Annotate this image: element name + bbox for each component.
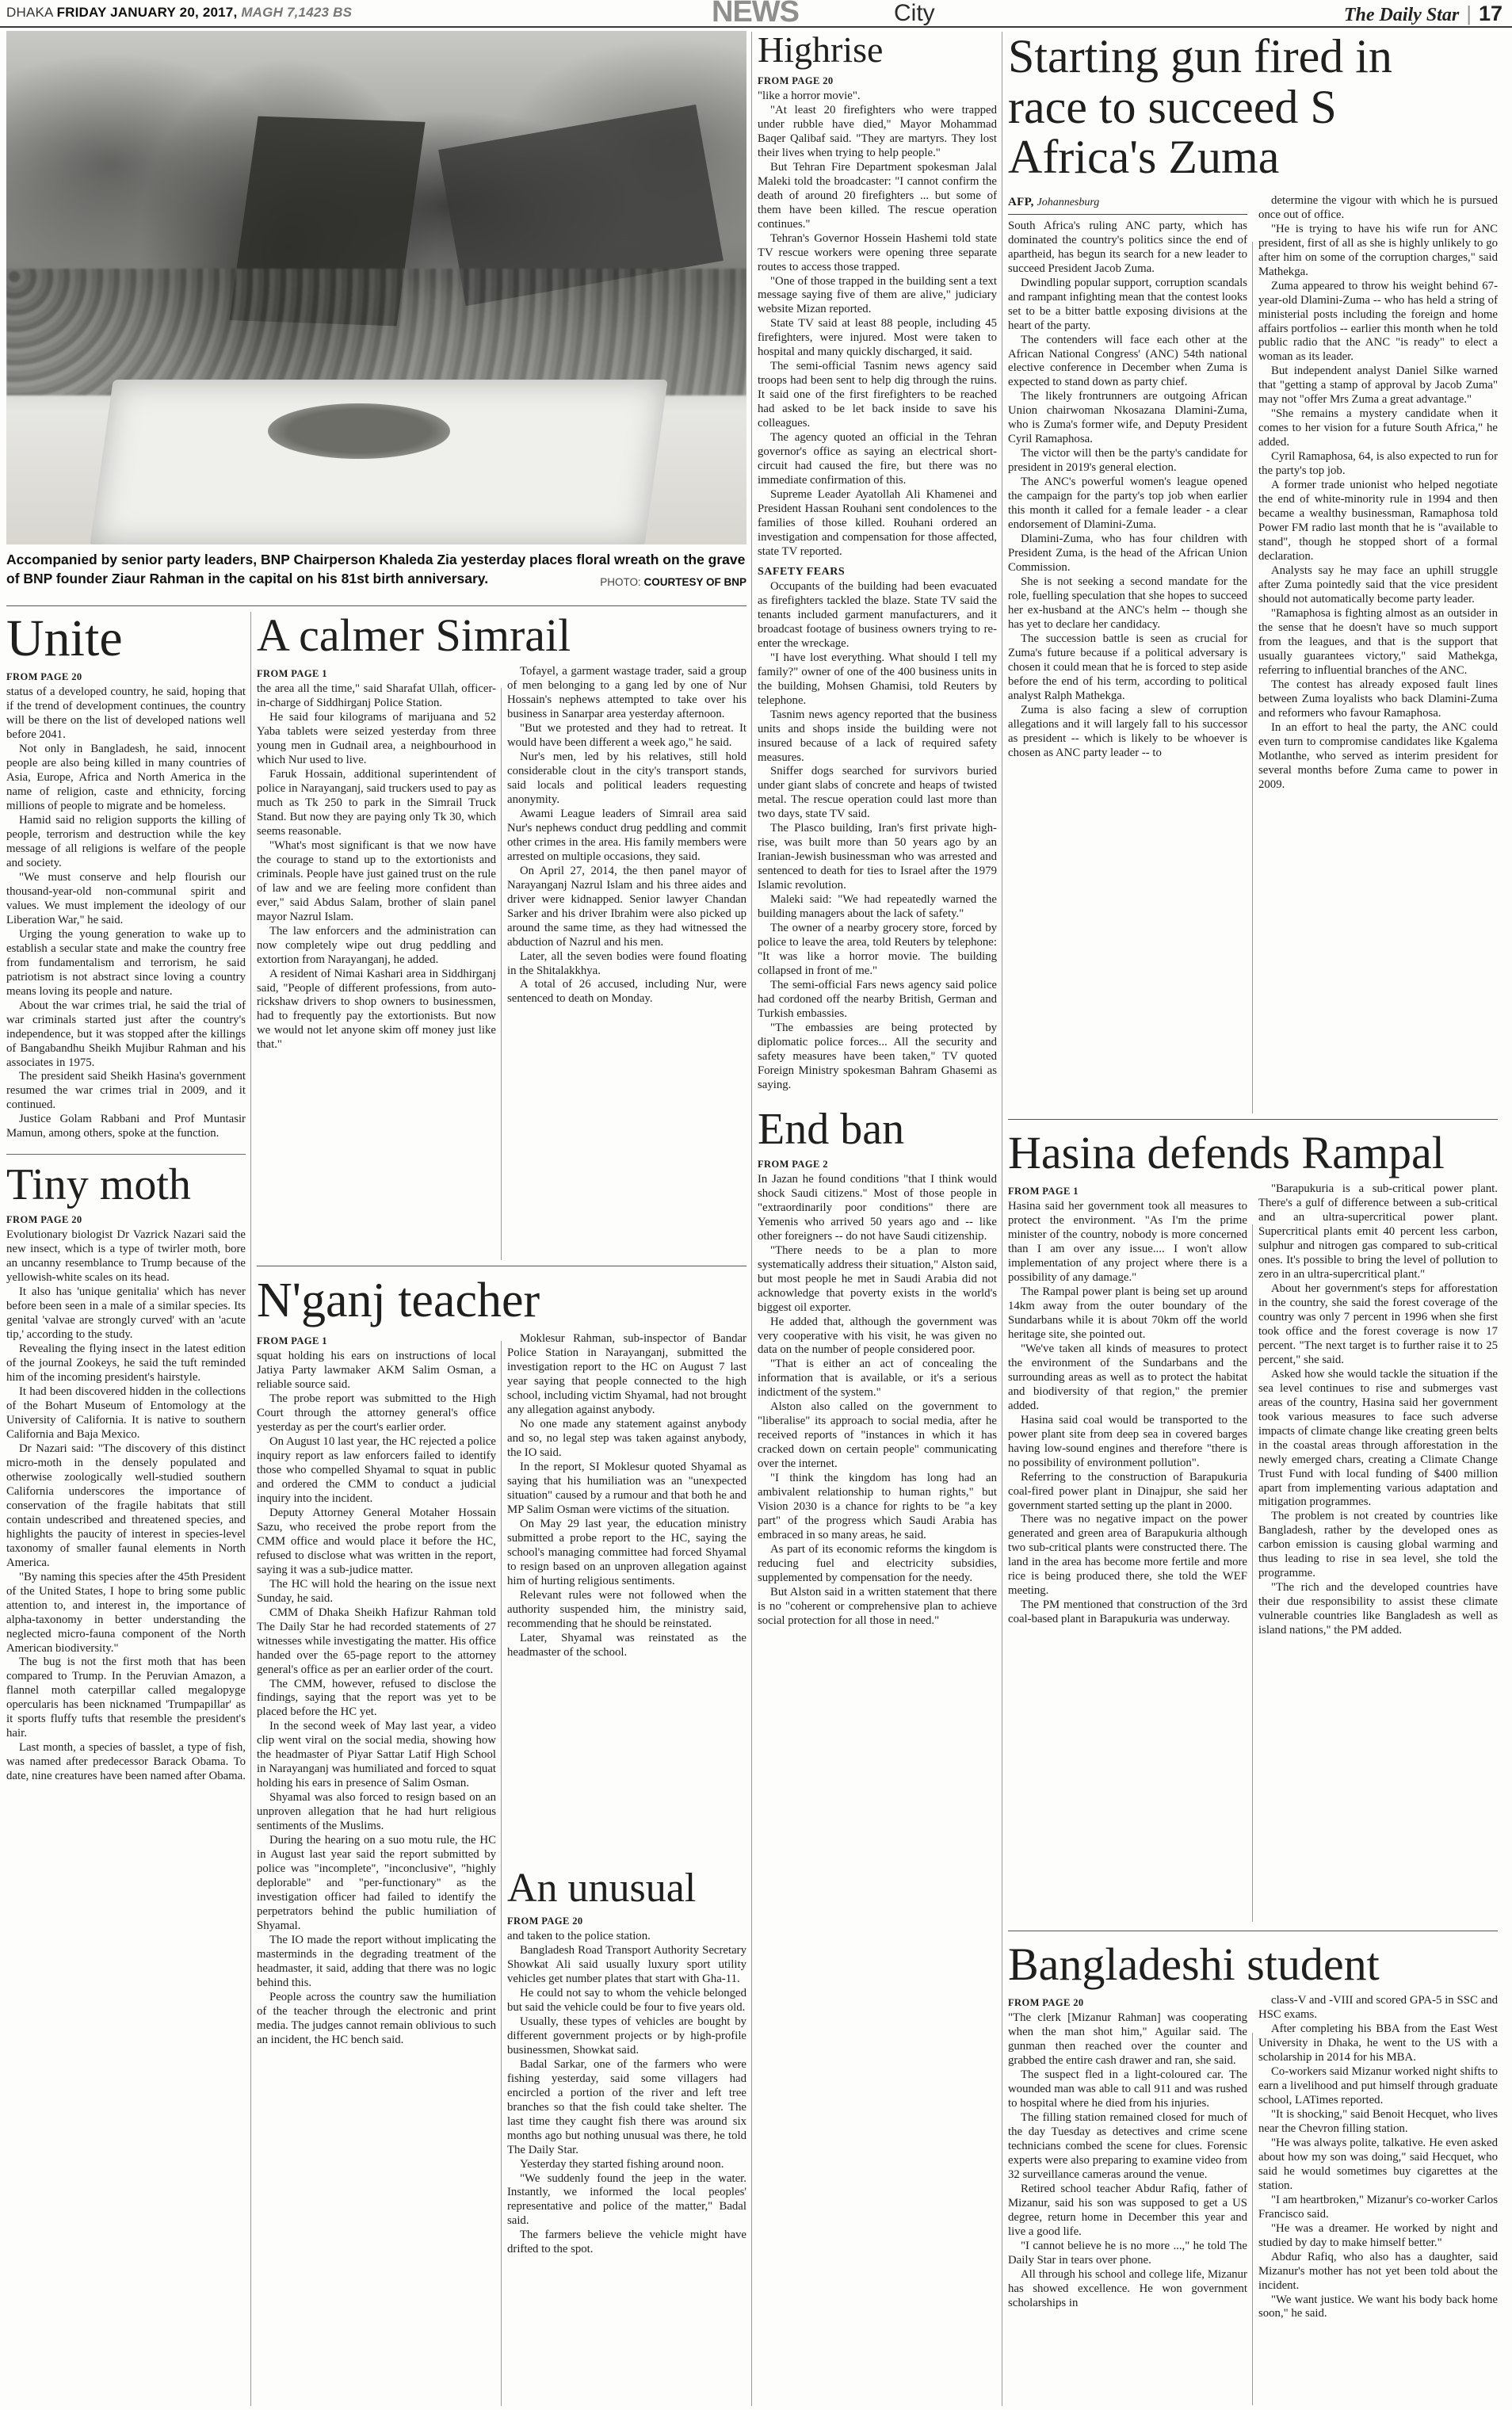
section-rule — [6, 1154, 246, 1155]
paragraph: Zuma is also facing a slew of corruption… — [1008, 704, 1247, 761]
article-column: FROM PAGE 1 squat holding his ears on in… — [257, 1332, 496, 2047]
article-body: In Jazan he found conditions "that I thi… — [758, 1173, 997, 1629]
paragraph: Evolutionary biologist Dr Vazrick Nazari… — [6, 1228, 246, 1285]
paragraph: Badal Sarkar, one of the farmers who wer… — [507, 2058, 746, 2158]
paragraph: Revealing the flying insect in the lates… — [6, 1342, 246, 1385]
paragraph: Retired school teacher Abdur Rafiq, fath… — [1008, 2183, 1247, 2240]
byline-agency: AFP, — [1008, 196, 1034, 208]
photo-credit-label: PHOTO: — [600, 576, 641, 588]
section-watermark: NEWS — [712, 0, 799, 29]
paragraph: squat holding his ears on instructions o… — [257, 1350, 496, 1392]
headline-nganj: N'ganj teacher — [257, 1276, 746, 1326]
paper-brand: The Daily Star | 17 — [1344, 2, 1502, 26]
from-page-tag: FROM PAGE 20 — [1008, 1997, 1247, 2009]
paragraph: He added that, although the government w… — [758, 1316, 997, 1358]
paragraph: She is not seeking a second mandate for … — [1008, 575, 1247, 632]
paragraph: The contest has already exposed fault li… — [1258, 678, 1498, 721]
paragraph: Occupants of the building had been evacu… — [758, 580, 997, 651]
paragraph: Shyamal was also forced to resign based … — [257, 1791, 496, 1834]
paragraph: The IO made the report without implicati… — [257, 1934, 496, 1991]
article-body: Moklesur Rahman, sub-inspector of Bandar… — [507, 1332, 746, 1660]
paragraph: It had been discovered hidden in the col… — [6, 1385, 246, 1442]
paragraph: On April 27, 2014, the then panel mayor … — [507, 865, 746, 950]
paragraph: Relevant rules were not followed when th… — [507, 1589, 746, 1632]
article-simrail: A calmer Simrail FROM PAGE 1 the area al… — [257, 612, 746, 1052]
photo — [6, 31, 746, 544]
headline-tiny-moth: Tiny moth — [6, 1163, 246, 1208]
photo-caption-block: Accompanied by senior party leaders, BNP… — [6, 550, 746, 588]
headline-student: Bangladeshi student — [1008, 1941, 1498, 1988]
column-rule — [501, 688, 502, 1260]
paragraph: The CMM, however, refused to disclose th… — [257, 1678, 496, 1721]
paragraph: Later, Shyamal was reinstated as the hea… — [507, 1632, 746, 1660]
article-body: and taken to the police station.Banglade… — [507, 1930, 746, 2257]
paragraph: About her government's steps for affores… — [1258, 1282, 1498, 1368]
article-body: status of a developed country, he said, … — [6, 686, 246, 1141]
paragraph: "I think the kingdom has long had an amb… — [758, 1472, 997, 1543]
paragraph: "One of those trapped in the building se… — [758, 275, 997, 318]
paragraph: Tehran's Governor Hossein Hashemi told s… — [758, 232, 997, 275]
article-body: Occupants of the building had been evacu… — [758, 580, 997, 1093]
paragraph: "Ramaphosa is fighting almost as an outs… — [1258, 607, 1498, 678]
paragraph: "We must conserve and help flourish our … — [6, 871, 246, 928]
paragraph: The Plasco building, Iran's first privat… — [758, 822, 997, 893]
paragraph: A resident of Nimai Kashari area in Sidd… — [257, 968, 496, 1053]
column-highrise-endban: Highrise FROM PAGE 20 "like a horror mov… — [758, 32, 997, 2405]
paragraph: "I have lost everything. What should I t… — [758, 651, 997, 708]
article-column: AFP, Johannesburg South Africa's ruling … — [1008, 194, 1247, 793]
paragraph: Referring to the construction of Barapuk… — [1008, 1471, 1247, 1514]
headline-zuma: Starting gun fired in race to succeed S … — [1008, 32, 1452, 183]
article-zuma: Starting gun fired in race to succeed S … — [1008, 32, 1498, 792]
paragraph: In an effort to heal the party, the ANC … — [1258, 721, 1498, 793]
article-column: determine the vigour with which he is pu… — [1258, 194, 1498, 793]
paragraph: Analysts say he may face an uphill strug… — [1258, 564, 1498, 607]
paragraph: Tasnim news agency reported that the bus… — [758, 708, 997, 766]
paragraph: Last month, a species of basslet, a type… — [6, 1741, 246, 1784]
paragraph: All through his school and college life,… — [1008, 2268, 1247, 2311]
paragraph: "We've taken all kinds of measures to pr… — [1008, 1342, 1247, 1414]
paragraph: Yesterday they started fishing around no… — [507, 2158, 746, 2172]
paragraph: "But we protested and they had to retrea… — [507, 722, 746, 750]
article-body: the area all the time," said Sharafat Ul… — [257, 682, 496, 1052]
paragraph: During the hearing on a suo motu rule, t… — [257, 1834, 496, 1934]
paragraph: "I cannot believe he is no more ...," he… — [1008, 2240, 1247, 2268]
article-unite: Unite FROM PAGE 20 status of a developed… — [6, 612, 246, 1784]
headline-an-unusual: An unusual — [507, 1867, 746, 1909]
paragraph: "At least 20 firefighters who were trapp… — [758, 104, 997, 161]
caption-rule — [6, 605, 746, 606]
paragraph: The filling station remained closed for … — [1008, 2111, 1247, 2183]
paragraph: It also has 'unique genitalia' which has… — [6, 1285, 246, 1342]
article-body: class-V and -VIII and scored GPA-5 in SS… — [1258, 1994, 1498, 2321]
paragraph: The semi-official Tasnim news agency sai… — [758, 360, 997, 431]
headline-simrail: A calmer Simrail — [257, 612, 746, 659]
paragraph: "Barapukuria is a sub-critical power pla… — [1258, 1182, 1498, 1282]
paragraph: Moklesur Rahman, sub-inspector of Bandar… — [507, 1332, 746, 1418]
from-page-tag: FROM PAGE 20 — [6, 1214, 246, 1226]
paragraph: The contenders will face each other at t… — [1008, 334, 1247, 391]
paragraph: Co-workers said Mizanur worked night shi… — [1258, 2065, 1498, 2108]
headline-unite: Unite — [6, 612, 246, 665]
paragraph: "We suddenly found the jeep in the water… — [507, 2172, 746, 2229]
article-body: determine the vigour with which he is pu… — [1258, 194, 1498, 793]
photo-credit-value: COURTESY OF BNP — [643, 576, 746, 588]
paragraph: The succession battle is seen as crucial… — [1008, 632, 1247, 704]
article-body: South Africa's ruling ANC party, which h… — [1008, 220, 1247, 761]
paragraph: Hamid said no religion supports the kill… — [6, 814, 246, 871]
paragraph: Abdur Rafiq, who also has a daughter, sa… — [1258, 2251, 1498, 2294]
paragraph: Cyril Ramaphosa, 64, is also expected to… — [1258, 450, 1498, 479]
paragraph: Dr Nazari said: "The discovery of this d… — [6, 1442, 246, 1571]
paragraph: Sniffer dogs searched for survivors buri… — [758, 765, 997, 822]
paragraph: "I am heartbroken," Mizanur's co-worker … — [1258, 2194, 1498, 2222]
paragraph: "The clerk [Mizanur Rahman] was cooperat… — [1008, 2011, 1247, 2068]
article-column: Tofayel, a garment wastage trader, said … — [507, 665, 746, 1052]
article-bangladeshi-student: Bangladeshi student FROM PAGE 20 "The cl… — [1008, 1931, 1498, 2410]
paragraph: Faruk Hossain, additional superintendent… — [257, 768, 496, 839]
paragraph: class-V and -VIII and scored GPA-5 in SS… — [1258, 1994, 1498, 2022]
byline-place: Johannesburg — [1037, 197, 1099, 208]
paragraph: "By naming this species after the 45th P… — [6, 1571, 246, 1656]
article-column: class-V and -VIII and scored GPA-5 in SS… — [1258, 1994, 1498, 2321]
paragraph: The likely frontrunners are outgoing Afr… — [1008, 390, 1247, 447]
paragraph: Alston also called on the government to … — [758, 1400, 997, 1472]
paragraph: On August 10 last year, the HC rejected … — [257, 1435, 496, 1507]
dateline-date: FRIDAY JANUARY 20, 2017, — [57, 5, 238, 20]
paragraph: "He is trying to have his wife run for A… — [1258, 223, 1498, 280]
article-column: FROM PAGE 20 "The clerk [Mizanur Rahman]… — [1008, 1994, 1247, 2321]
dateline: DHAKA FRIDAY JANUARY 20, 2017, MAGH 7,14… — [6, 5, 352, 21]
paragraph: Deputy Attorney General Motaher Hossain … — [257, 1507, 496, 1578]
paragraph: The law enforcers and the administration… — [257, 925, 496, 968]
paragraph: In the report, SI Moklesur quoted Shyama… — [507, 1461, 746, 1518]
paragraph: Hasina said coal would be transported to… — [1008, 1414, 1247, 1471]
paper-logo: The Daily Star — [1344, 5, 1459, 26]
page-number: 17 — [1479, 2, 1502, 26]
paragraph: "She remains a mystery candidate when it… — [1258, 407, 1498, 450]
subheading-safety-fears: SAFETY FEARS — [758, 566, 997, 579]
paragraph: The Rampal power plant is being set up a… — [1008, 1285, 1247, 1342]
paragraph: "He was always polite, talkative. He eve… — [1258, 2137, 1498, 2194]
paragraph: The president said Sheikh Hasina's gover… — [6, 1070, 246, 1113]
from-page-tag: FROM PAGE 1 — [257, 1335, 496, 1347]
column-rule — [1252, 2033, 1253, 2405]
column-rule — [1002, 32, 1002, 2406]
column-rule — [751, 32, 752, 2406]
photo-credit: PHOTO: COURTESY OF BNP — [600, 576, 746, 588]
paragraph: The ANC's powerful women's league opened… — [1008, 476, 1247, 533]
paragraph: Dlamini-Zuma, who has four children with… — [1008, 533, 1247, 575]
dateline-calendar: MAGH 7,1423 BS — [241, 5, 352, 20]
paragraph: A total of 26 accused, including Nur, we… — [507, 978, 746, 1006]
paragraph: Justice Golam Rabbani and Prof Muntasir … — [6, 1113, 246, 1141]
paragraph: The agency quoted an official in the Teh… — [758, 431, 997, 488]
paragraph: After completing his BBA from the East W… — [1258, 2022, 1498, 2065]
article-body: squat holding his ears on instructions o… — [257, 1350, 496, 2047]
paragraph: On May 29 last year, the education minis… — [507, 1518, 746, 1589]
headline-rampal: Hasina defends Rampal — [1008, 1129, 1498, 1176]
masthead-rule — [0, 26, 1512, 28]
paragraph: Maleki said: "We had repeatedly warned t… — [758, 893, 997, 922]
brand-divider: | — [1466, 2, 1472, 26]
headline-end-ban: End ban — [758, 1107, 997, 1152]
paragraph: Usually, these types of vehicles are bou… — [507, 2015, 746, 2058]
paragraph: As part of its economic reforms the king… — [758, 1543, 997, 1586]
paragraph: Later, all the seven bodies were found f… — [507, 950, 746, 979]
paragraph: "There needs to be a plan to more system… — [758, 1244, 997, 1316]
byline: AFP, Johannesburg — [1008, 196, 1247, 215]
paragraph: The PM mentioned that construction of th… — [1008, 1598, 1247, 1627]
paragraph: Bangladesh Road Transport Authority Secr… — [507, 1944, 746, 1987]
paragraph: Asked how she would tackle the situation… — [1258, 1368, 1498, 1511]
paragraph: But independent analyst Daniel Silke war… — [1258, 365, 1498, 407]
article-an-unusual: An unusual FROM PAGE 20 and taken to the… — [507, 1864, 746, 2257]
crowd-graphic — [6, 269, 746, 395]
paragraph: The farmers believe the vehicle might ha… — [507, 2229, 746, 2257]
paragraph: State TV said at least 88 people, includ… — [758, 317, 997, 360]
headline-highrise: Highrise — [758, 32, 997, 69]
paragraph: Awami League leaders of Simrail area sai… — [507, 808, 746, 865]
from-page-tag: FROM PAGE 20 — [758, 75, 997, 87]
paragraph: The owner of a nearby grocery store, for… — [758, 922, 997, 979]
paragraph: status of a developed country, he said, … — [6, 686, 246, 743]
paragraph: "What's most significant is that we now … — [257, 839, 496, 925]
from-page-tag: FROM PAGE 20 — [507, 1915, 746, 1927]
paragraph: In the second week of May last year, a v… — [257, 1720, 496, 1791]
paragraph: The victor will then be the party's cand… — [1008, 447, 1247, 476]
paragraph: The bug is not the first moth that has b… — [6, 1656, 246, 1741]
paragraph: South Africa's ruling ANC party, which h… — [1008, 220, 1247, 277]
paragraph: "We want justice. We want his body back … — [1258, 2294, 1498, 2322]
paragraph: The suspect fled in a light-coloured car… — [1008, 2068, 1247, 2111]
article-column: FROM PAGE 1 Hasina said her government t… — [1008, 1182, 1247, 1638]
article-body: "like a horror movie"."At least 20 firef… — [758, 90, 997, 560]
paragraph: People across the country saw the humili… — [257, 1991, 496, 2048]
paragraph: He could not say to whom the vehicle bel… — [507, 1987, 746, 2015]
paragraph: and taken to the police station. — [507, 1930, 746, 1944]
from-page-tag: FROM PAGE 20 — [6, 671, 246, 683]
paragraph: "The rich and the developed countries ha… — [1258, 1581, 1498, 1638]
article-body: "The clerk [Mizanur Rahman] was cooperat… — [1008, 2011, 1247, 2310]
paragraph: About the war crimes trial, he said the … — [6, 999, 246, 1071]
paragraph: determine the vigour with which he is pu… — [1258, 194, 1498, 223]
column-rule — [501, 1341, 502, 2406]
paragraph: the area all the time," said Sharafat Ul… — [257, 682, 496, 711]
from-page-tag: FROM PAGE 1 — [1008, 1186, 1247, 1197]
paragraph: There was no negative impact on the powe… — [1008, 1513, 1247, 1598]
article-body: Evolutionary biologist Dr Vazrick Nazari… — [6, 1228, 246, 1784]
paragraph: Tofayel, a garment wastage trader, said … — [507, 665, 746, 722]
paragraph: No one made any statement against anybod… — [507, 1418, 746, 1461]
paragraph: Hasina said her government took all meas… — [1008, 1200, 1247, 1285]
paragraph: Dwindling popular support, corruption sc… — [1008, 277, 1247, 334]
article-body: "Barapukuria is a sub-critical power pla… — [1258, 1182, 1498, 1638]
article-column: FROM PAGE 1 the area all the time," said… — [257, 665, 496, 1052]
paragraph: But Alston said in a written statement t… — [758, 1586, 997, 1629]
paragraph: "That is either an act of concealing the… — [758, 1358, 997, 1400]
paragraph: In Jazan he found conditions "that I thi… — [758, 1173, 997, 1244]
paragraph: Not only in Bangladesh, he said, innocen… — [6, 743, 246, 814]
article-body: Hasina said her government took all meas… — [1008, 1200, 1247, 1627]
paragraph: Urging the young generation to wake up t… — [6, 928, 246, 999]
dateline-city: DHAKA — [6, 5, 53, 20]
section-title: City — [894, 0, 935, 27]
paragraph: Zuma appeared to throw his weight behind… — [1258, 280, 1498, 365]
column-rule — [1252, 1224, 1253, 1922]
paragraph: "He was a dreamer. He worked by night an… — [1258, 2222, 1498, 2251]
paragraph: The probe report was submitted to the Hi… — [257, 1392, 496, 1435]
paragraph: A former trade unionist who helped negot… — [1258, 479, 1498, 564]
paragraph: "like a horror movie". — [758, 90, 997, 104]
paragraph: But Tehran Fire Department spokesman Jal… — [758, 161, 997, 232]
paragraph: Supreme Leader Ayatollah Ali Khamenei an… — [758, 488, 997, 560]
wreath-graphic — [268, 403, 450, 459]
paragraph: He said four kilograms of marijuana and … — [257, 711, 496, 768]
column-rule — [1252, 242, 1253, 1113]
article-rampal: Hasina defends Rampal FROM PAGE 1 Hasina… — [1008, 1119, 1498, 1638]
paragraph: "The embassies are being protected by di… — [758, 1022, 997, 1093]
column-rule — [250, 612, 251, 2406]
paragraph: Nur's men, led by his relatives, still h… — [507, 750, 746, 808]
paragraph: The semi-official Fars news agency said … — [758, 979, 997, 1022]
article-column: "Barapukuria is a sub-critical power pla… — [1258, 1182, 1498, 1638]
paragraph: The HC will hold the hearing on the issu… — [257, 1578, 496, 1606]
from-page-tag: FROM PAGE 1 — [257, 668, 496, 680]
from-page-tag: FROM PAGE 2 — [758, 1159, 997, 1171]
paragraph: "It is shocking," said Benoit Hecquet, w… — [1258, 2108, 1498, 2137]
article-body: Tofayel, a garment wastage trader, said … — [507, 665, 746, 1006]
paragraph: The problem is not created by countries … — [1258, 1510, 1498, 1581]
newspaper-page: DHAKA FRIDAY JANUARY 20, 2017, MAGH 7,14… — [0, 0, 1512, 2410]
paragraph: CMM of Dhaka Sheikh Hafizur Rahman told … — [257, 1606, 496, 1678]
